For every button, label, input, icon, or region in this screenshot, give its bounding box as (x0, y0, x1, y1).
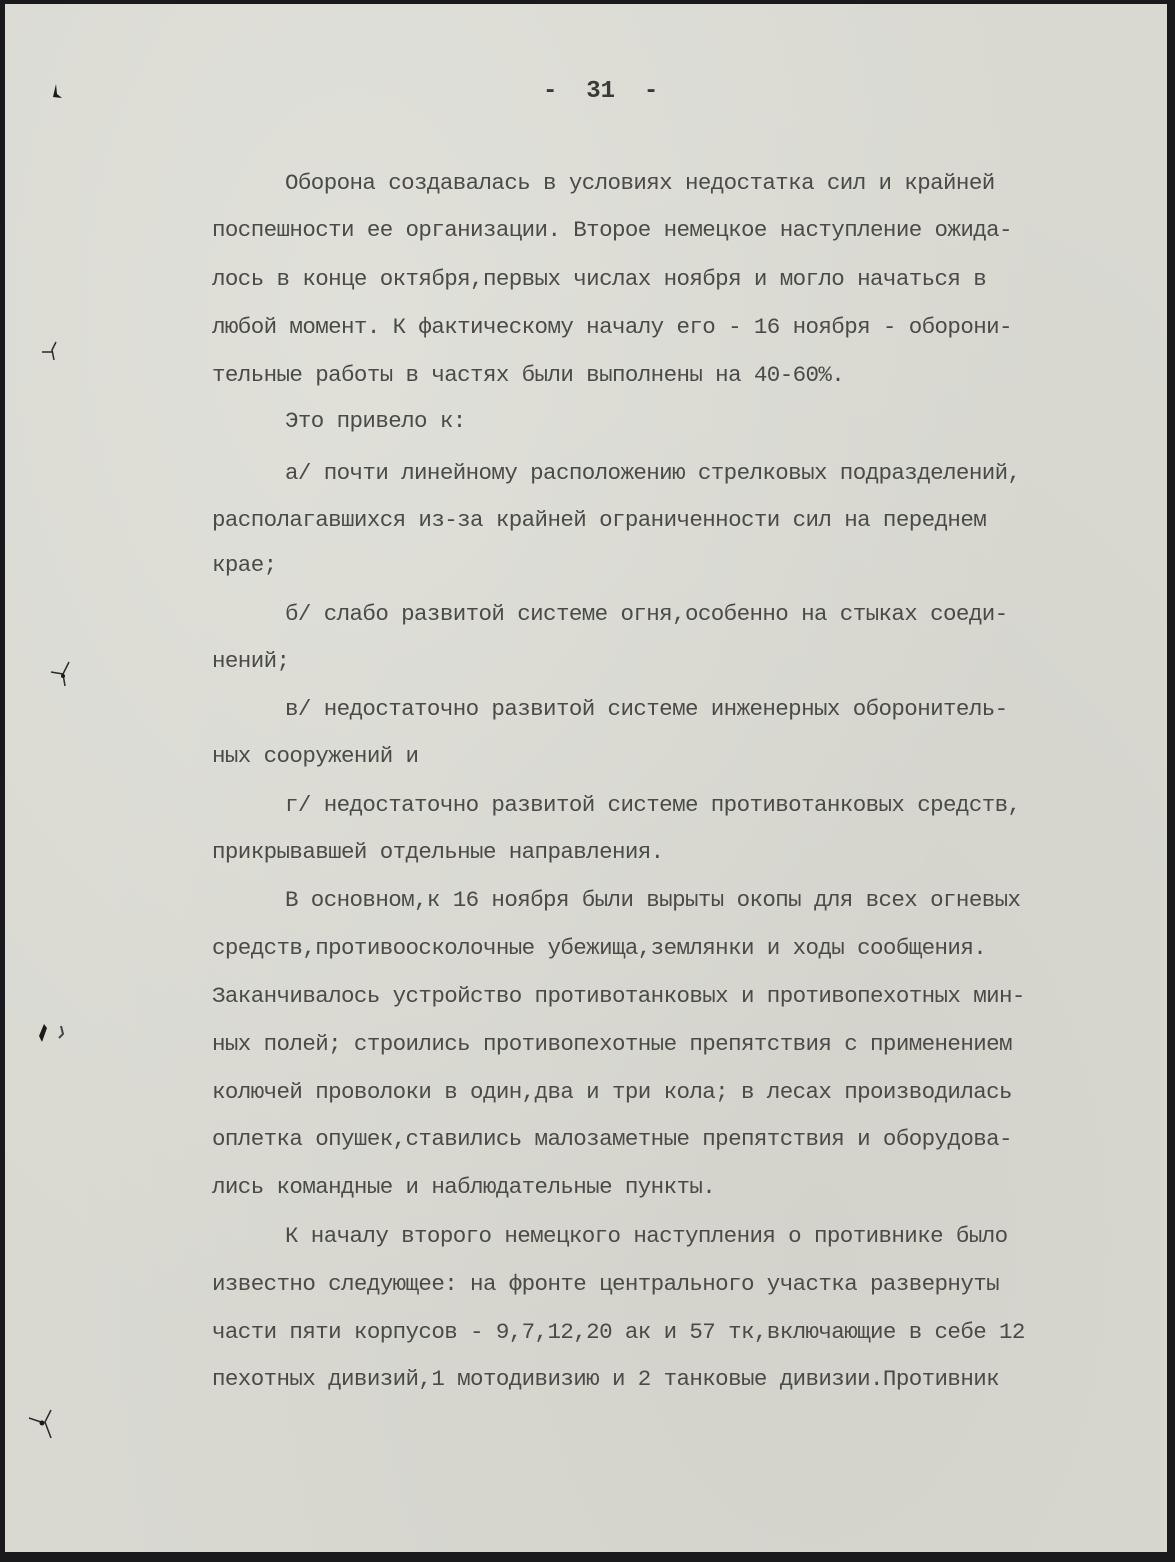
text-line: крае; (212, 554, 277, 577)
punch-hole-icon (40, 340, 50, 354)
text-line: прикрывавшей отдельные направления. (212, 841, 664, 864)
text-line: г/ недостаточно развитой системе противо… (285, 794, 1020, 817)
punch-hole-icon (50, 84, 60, 98)
text-line: ных сооружений и (212, 745, 418, 768)
text-line: располагавшихся из-за крайней ограниченн… (212, 509, 986, 532)
text-line: тельные работы в частях были выполнены н… (212, 364, 844, 387)
text-line: части пяти корпусов - 9,7,12,20 ак и 57 … (212, 1321, 1025, 1344)
text-line: ных полей; строились противопехотные пре… (212, 1033, 1012, 1056)
text-line: лись командные и наблюдательные пункты. (212, 1176, 715, 1199)
text-line: Заканчивалось устройство противотанковых… (212, 985, 1025, 1008)
text-line: средств,противоосколочные убежища,землян… (212, 937, 986, 960)
text-line: поспешности ее организации. Второе немец… (212, 219, 1012, 242)
text-line: нений; (212, 650, 289, 673)
text-line: а/ почти линейному расположению стрелков… (285, 462, 1020, 485)
text-line: Это привело к: (285, 410, 466, 433)
text-line: известно следующее: на фронте центрально… (212, 1273, 999, 1296)
text-line: любой момент. К фактическому началу его … (212, 316, 1012, 339)
text-line: в/ недостаточно развитой системе инженер… (285, 698, 1008, 721)
text-line: лось в конце октября,первых числах ноябр… (212, 268, 986, 291)
page-number: - 31 - (543, 78, 658, 105)
text-line: колючей проволоки в один,два и три кола;… (212, 1081, 1012, 1104)
document-page: - 31 - Оборона создавалась в условиях не… (5, 4, 1167, 1552)
text-line: оплетка опушек,ставились малозаметные пр… (212, 1128, 1012, 1151)
text-line: Оборона создавалась в условиях недостатк… (285, 172, 995, 195)
text-line: пехотных дивизий,1 мотодивизию и 2 танко… (212, 1368, 999, 1391)
text-line: В основном,к 16 ноября были вырыты окопы… (285, 889, 1020, 912)
text-line: К началу второго немецкого наступления о… (285, 1225, 1008, 1248)
punch-hole-icon (49, 660, 59, 674)
punch-hole-icon (35, 1020, 45, 1034)
text-line: б/ слабо развитой системе огня,особенно … (285, 603, 1008, 626)
punch-hole-icon (27, 1408, 37, 1422)
